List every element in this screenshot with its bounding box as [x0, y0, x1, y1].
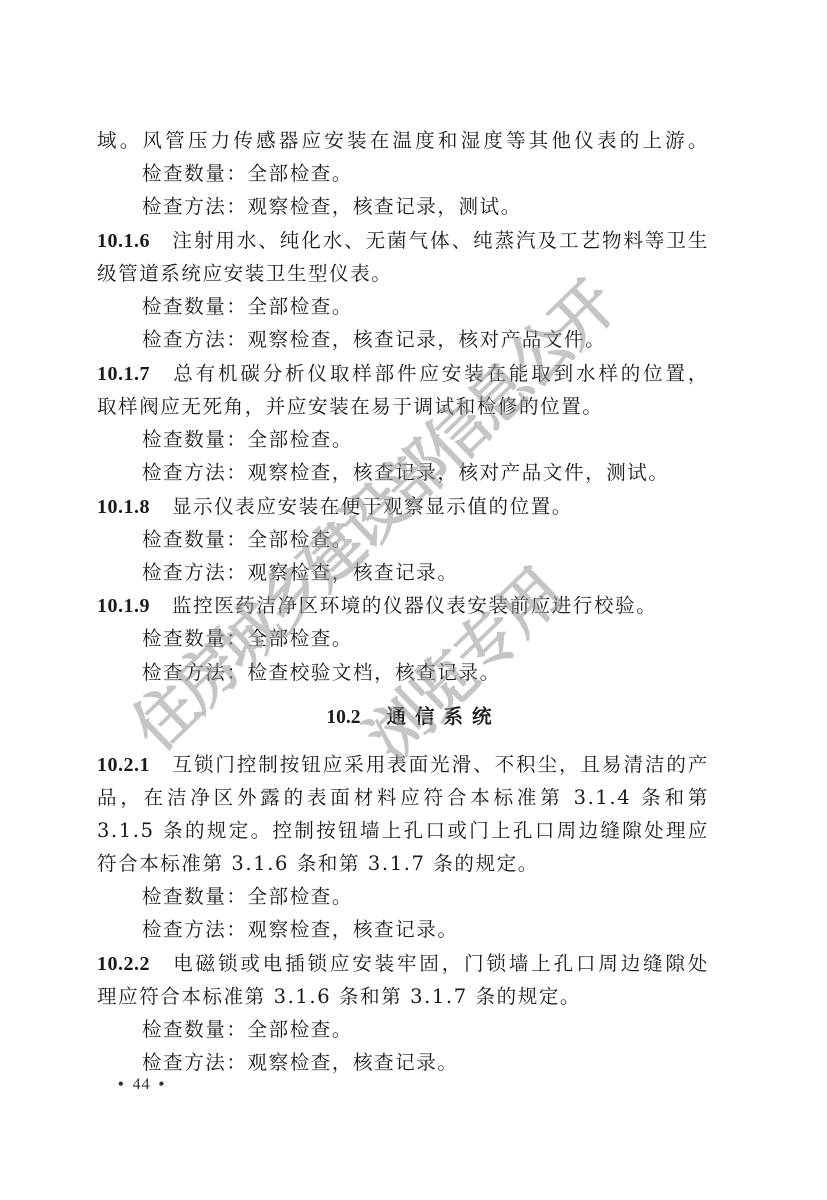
inspection-quantity-text: 检查数量：全部检查。	[142, 1018, 353, 1041]
inspection-method-text: 检查方法：检查校验文档，核查记录。	[142, 661, 501, 684]
body-line: 品，在洁净区外露的表面材料应符合本标准第 3.1.4 条和第	[97, 781, 709, 814]
clause-10-2-2: 10.2.2电磁锁或电插锁应安装牢固，门锁墙上孔口周边缝隙处	[97, 947, 709, 980]
clause-number: 10.1.6	[97, 230, 150, 252]
bullet-icon: •	[159, 1076, 166, 1093]
inspection-quantity-text: 检查数量：全部检查。	[142, 162, 353, 185]
inspection-quantity-text: 检查数量：全部检查。	[142, 428, 353, 451]
clause-number: 10.2.1	[97, 754, 150, 776]
body-line: 检查数量：全部检查。	[142, 523, 754, 556]
clause-text: 监控医药洁净区环境的仪器仪表安装前应进行校验。	[172, 594, 657, 617]
section-title: 通信系统	[387, 705, 501, 728]
body-line: 理应符合本标准第 3.1.6 条和第 3.1.7 条的规定。	[97, 980, 709, 1013]
body-line: 检查数量：全部检查。	[142, 157, 754, 190]
inspection-method-text: 检查方法：观察检查，核查记录。	[142, 918, 459, 941]
body-line: 3.1.5 条的规定。控制按钮墙上孔口或门上孔口周边缝隙处理应	[97, 814, 709, 847]
body-line: 检查数量：全部检查。	[142, 622, 754, 655]
body-line: 检查数量：全部检查。	[142, 290, 754, 323]
body-line: 检查数量：全部检查。	[142, 1013, 754, 1046]
body-line: 检查方法：观察检查，核查记录，核对产品文件，测试。	[142, 456, 754, 489]
body-line: 检查数量：全部检查。	[142, 423, 754, 456]
clause-10-1-9: 10.1.9监控医药洁净区环境的仪器仪表安装前应进行校验。	[97, 589, 709, 622]
clause-number: 10.1.8	[97, 496, 150, 518]
body-line: 级管道系统应安装卫生型仪表。	[97, 257, 709, 290]
body-line: 检查方法：观察检查，核查记录。	[142, 913, 754, 946]
body-line: 检查方法：观察检查，核查记录，测试。	[142, 190, 754, 223]
line-text: 理应符合本标准第 3.1.6 条和第 3.1.7 条的规定。	[97, 985, 581, 1008]
inspection-quantity-text: 检查数量：全部检查。	[142, 528, 353, 551]
page-number: •44•	[110, 1076, 173, 1094]
section-heading: 10.2通信系统	[0, 700, 827, 733]
body-line: 检查方法：检查校验文档，核查记录。	[142, 656, 754, 689]
document-page: 域。风管压力传感器应安装在温度和湿度等其他仪表的上游。 检查数量：全部检查。 检…	[0, 0, 827, 1200]
clause-10-1-6: 10.1.6注射用水、纯化水、无菌气体、纯蒸汽及工艺物料等卫生	[97, 224, 709, 257]
clause-text: 注射用水、纯化水、无菌气体、纯蒸汽及工艺物料等卫生	[172, 229, 709, 252]
clause-number: 10.1.9	[97, 595, 150, 617]
line-text: 域。风管压力传感器应安装在温度和湿度等其他仪表的上游。	[97, 129, 709, 152]
body-line: 检查方法：观察检查，核查记录。	[142, 556, 754, 589]
clause-number: 10.1.7	[97, 363, 150, 385]
line-text: 级管道系统应安装卫生型仪表。	[97, 262, 392, 285]
inspection-quantity-text: 检查数量：全部检查。	[142, 295, 353, 318]
line-text: 品，在洁净区外露的表面材料应符合本标准第 3.1.4 条和第	[97, 786, 709, 809]
inspection-method-text: 检查方法：观察检查，核查记录，核对产品文件，测试。	[142, 461, 670, 484]
inspection-method-text: 检查方法：观察检查，核查记录，测试。	[142, 195, 522, 218]
clause-text: 互锁门控制按钮应采用表面光滑、不积尘，且易清洁的产	[172, 753, 709, 776]
clause-10-1-7: 10.1.7总有机碳分析仪取样部件应安装在能取到水样的位置，	[97, 357, 709, 390]
line-text: 3.1.5 条的规定。控制按钮墙上孔口或门上孔口周边缝隙处理应	[97, 819, 709, 842]
line-text: 取样阀应无死角，并应安装在易于调试和检修的位置。	[97, 395, 603, 418]
body-line: 检查数量：全部检查。	[142, 880, 754, 913]
body-line: 取样阀应无死角，并应安装在易于调试和检修的位置。	[97, 390, 709, 423]
inspection-method-text: 检查方法：观察检查，核查记录。	[142, 1051, 459, 1074]
clause-text: 电磁锁或电插锁应安装牢固，门锁墙上孔口周边缝隙处	[172, 952, 709, 975]
clause-text: 总有机碳分析仪取样部件应安装在能取到水样的位置，	[172, 362, 709, 385]
clause-10-1-8: 10.1.8显示仪表应安装在便于观察显示值的位置。	[97, 490, 709, 523]
page-number-value: 44	[133, 1076, 151, 1093]
section-number: 10.2	[326, 707, 360, 728]
inspection-quantity-text: 检查数量：全部检查。	[142, 627, 353, 650]
inspection-method-text: 检查方法：观察检查，核查记录。	[142, 561, 459, 584]
clause-10-2-1: 10.2.1互锁门控制按钮应采用表面光滑、不积尘，且易清洁的产	[97, 748, 709, 781]
body-line: 检查方法：观察检查，核查记录。	[142, 1046, 754, 1079]
body-line: 检查方法：观察检查，核查记录，核对产品文件。	[142, 323, 754, 356]
inspection-quantity-text: 检查数量：全部检查。	[142, 885, 353, 908]
line-text: 符合本标准第 3.1.6 条和第 3.1.7 条的规定。	[97, 852, 539, 875]
clause-text: 显示仪表应安装在便于观察显示值的位置。	[172, 495, 573, 518]
inspection-method-text: 检查方法：观察检查，核查记录，核对产品文件。	[142, 328, 606, 351]
body-line: 符合本标准第 3.1.6 条和第 3.1.7 条的规定。	[97, 847, 709, 880]
bullet-icon: •	[118, 1076, 125, 1093]
clause-number: 10.2.2	[97, 953, 150, 975]
body-line: 域。风管压力传感器应安装在温度和湿度等其他仪表的上游。	[97, 124, 709, 157]
